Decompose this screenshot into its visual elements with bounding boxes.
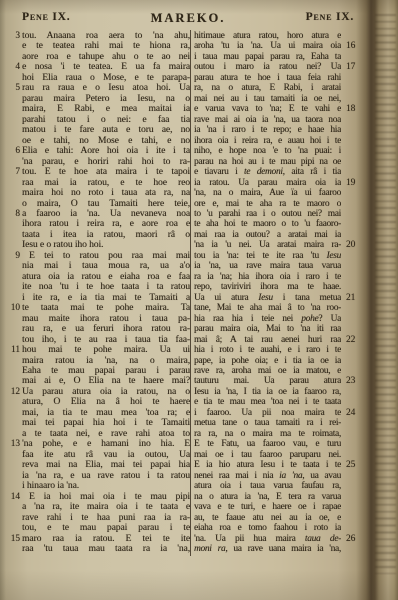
text-line: 'na parau, e horiri rahi hoi to ra- [22, 157, 190, 167]
text-line-content: maira hoi no roto i taua ata ra, na [22, 188, 190, 198]
text-line-content: ore e, mai te aha ra te maoro o [194, 199, 341, 209]
text-line: hoi Elia raua o Mose, e te parapa- [22, 73, 190, 83]
text-line: ite noa 'tu i te hoe taata i ta ratou [22, 282, 190, 292]
text-line: mai oe i tau faaroo paruparu nei. [194, 450, 341, 460]
text-line-content: i ite ra, e ia tia mai te Tamaiti a [22, 293, 190, 303]
text-line: e te teatea rahi mai te hiona ra, [22, 41, 190, 51]
text-segment: i tana metua [273, 293, 341, 303]
text-line-content: mai, ia tia te mau mea 'toa ra; e [22, 408, 190, 418]
text-line-content: mau maite ihora ratou i taua pa- [22, 314, 190, 324]
text-segment: 'na. Ua pii hua maira [194, 534, 305, 544]
text-line-content: 'na parau, e horiri rahi hoi to ra- [22, 157, 190, 167]
text-line: pape, ia pohe oia; e i tia ia oe ia [194, 356, 341, 366]
text-line-content: parau maira Petero ia Iesu, na o [22, 94, 190, 104]
text-line: 'na pohe, e e hamani ino hia. E13 [22, 439, 190, 449]
text-line: i hinaaro ia 'na. [22, 481, 190, 491]
verse-number: 8 [9, 209, 20, 220]
text-line-content: mai raa ia outou? a aratai mai ia [194, 230, 341, 240]
text-line-content: outou i maro ia ratou nei? Ua [194, 62, 341, 72]
text-line-content: E tei to ratou pou raa mai mai [22, 251, 190, 261]
text-line: te aha hoi te maoro o to 'u faaoro- [194, 219, 341, 229]
italic-text-segment: moni ra, [194, 544, 227, 554]
running-header: Pene IX. MAREKO. Pene IX. [22, 11, 354, 27]
text-line-content: au, te faaue atu nei au ia oe, e [194, 513, 341, 523]
text-line: ia 'na ra, e ua rave ratou i ta ratou [22, 471, 190, 481]
text-line-content: a 'na ra, ite maira oia i te taata e [22, 502, 190, 512]
text-line: E ia hoi mai oia i te mau pipi14 [22, 492, 190, 502]
text-line-content: e varua vava to 'na; E te vahi e [194, 104, 341, 114]
text-line: rau ra raua e o Iesu atoa hoi. Ua5 [22, 83, 190, 93]
text-line: ihora ratou i reira ra, e aore roa e [22, 219, 190, 229]
verse-number: 12 [9, 387, 20, 398]
text-line: tauturu mai. Ua parau atura23 [194, 376, 341, 386]
text-line-content: i taua mau papai parau ra, Eaha ta [194, 52, 341, 62]
text-line-content: ia 'na i raro i te repo; e haae hia [194, 125, 341, 135]
verse-number: 25 [346, 460, 355, 471]
text-line-content: metua tane o taua tamaiti ra i rei- [194, 418, 341, 428]
text-line-content: hoi Elia raua o Mose, e te parapa- [22, 73, 190, 83]
text-line: ra, na o atura, E Rabi, i aratai [194, 83, 341, 93]
text-line-content: taata i itea ia ratou, maori râ o [22, 230, 190, 240]
verse-number: 11 [9, 345, 20, 356]
verse-number: 9 [9, 251, 20, 262]
text-segment: , ua avau [302, 471, 341, 481]
verse-number: 22 [346, 335, 355, 346]
text-line: Iesu ia 'na, I tia ia oe ia faaroo ra, [194, 387, 341, 397]
text-line-content: hia i roto i te auahi, e i raro i te [194, 345, 341, 355]
text-line: e varua vava to 'na; E te vahi e18 [194, 104, 341, 114]
italic-text-segment: pohe [301, 314, 318, 324]
text-line: Ua ui atura Iesu i tana metua21 [194, 293, 341, 303]
verse-number: 26 [346, 534, 355, 545]
text-line-content: ite noa 'tu i te hoe taata i ta ratou [22, 282, 190, 292]
text-line: parahi tatou i o nei: e faa tia [22, 115, 190, 125]
text-line-content: rau ra, e ua feruri ihora ratou ra- [22, 324, 190, 334]
text-line: tou. E te hoe ata maira i te tapoi7 [22, 167, 190, 177]
text-line-content: tou. E te hoe ata maira i te tapoi [22, 167, 190, 177]
text-line-content: na o atura ia 'na, E tera ra varua [194, 492, 341, 502]
text-line-content: hou mai te pohe maira. Ua ui [22, 345, 190, 355]
text-line-content: ra ra, na o maira ma te roimata, [194, 429, 341, 439]
text-line: reva mai na Elia, mai tei papai hia [22, 460, 190, 470]
text-line: tou. Anaana roa aera to 'na ahu,3 [22, 31, 190, 41]
text-line: tou iho, i te au raa i taua tia faa- [22, 335, 190, 345]
italic-text-segment: te demoni, [244, 167, 285, 177]
text-line: rave ra, aroha mai oe ia matou, e [194, 366, 341, 376]
text-line-content: reva mai na Elia, mai tei papai hia [22, 460, 190, 470]
verse-number: 18 [346, 104, 355, 115]
text-line-content: tane, Mai te aha mai â to 'na roo- [194, 303, 341, 313]
scanned-book-page: Pene IX. MAREKO. Pene IX. tou. Anaana ro… [0, 0, 398, 600]
text-line: i ite ra, e ia tia mai te Tamaiti a [22, 293, 190, 303]
text-line: matou i te fare auta e toru ae, no [22, 125, 190, 135]
text-line-content: vava e te turi, e haere oe i rapae [194, 502, 341, 512]
text-line: parau na hoi au i te mau pipi na oe [194, 157, 341, 167]
text-line: ihora oia i reira ra, e auau hoi i te [194, 136, 341, 146]
text-line-content: 'na. Ua pii hua maira taua de- [194, 534, 341, 544]
text-line-content: atura, O Elia na â hoi te haere [22, 397, 190, 407]
text-line-content: tou. Anaana roa aera to 'na ahu, [22, 31, 190, 41]
text-line: o maira, O tau Tamaiti here teie, [22, 199, 190, 209]
verse-number: 3 [9, 31, 20, 42]
text-line: maira ratou ia 'na, na o maira, [22, 356, 190, 366]
text-column-right: hitimaue atura ratou, horo atura earoha … [194, 31, 341, 554]
text-line: taata i itea ia ratou, maori râ o [22, 230, 190, 240]
text-line-content: E te Fatu, ua faaroo vau, e turu [194, 439, 341, 449]
verse-number: 17 [346, 62, 355, 73]
text-segment: tou ia 'na: tei te ite raa 'tu [194, 251, 327, 261]
text-line-content: rave mai ai oia ia 'na, ua taora noa [194, 115, 341, 125]
text-line: mai â; A tai rau aenei huri raa22 [194, 335, 341, 345]
text-segment: ua rave uana maira ia 'na, [227, 544, 341, 554]
text-line-content: atura oia i taua varua faufau ra, [194, 481, 341, 491]
text-line-content: to 'u parahi raa i o outou nei? mai [194, 209, 341, 219]
text-line-content: ia 'na, ua rave maira taua varua [194, 261, 341, 271]
text-line: Elia e tahi: Aore hoi oia i ite i ta6 [22, 146, 190, 156]
text-line-content: aroha 'tu ia 'na. Ua ui maira oia [194, 41, 341, 51]
header-book-title: MAREKO. [22, 11, 354, 26]
verse-number: 24 [346, 408, 355, 419]
text-line-content: 'na ia 'u nei. Ua aratai maira ra- [194, 240, 341, 250]
text-line-content: repo, taviriviri ihora ma te haae. [194, 282, 341, 292]
text-line-content: Ua ui atura Iesu i tana metua [194, 293, 341, 303]
text-line-content: atura oia ia ratou e eiaha roa e faa [22, 272, 190, 282]
verse-number: 21 [346, 293, 355, 304]
text-line-content: pape, ia pohe oia; e i tia ia oe ia [194, 356, 341, 366]
text-line-content: Elia e tahi: Aore hoi oia i ite i ta [22, 146, 190, 156]
text-line-content: tou, e te mau papai parau i te [22, 523, 190, 533]
verse-number: 5 [9, 83, 20, 94]
text-line: vava e te turi, e haere oe i rapae [194, 502, 341, 512]
text-line: i taua mau papai parau ra, Eaha ta [194, 52, 341, 62]
column-divider-rule [190, 30, 191, 556]
text-line: moni ra, ua rave uana maira ia 'na, [194, 544, 341, 554]
text-line-content: ia ratou. Ua parau maira oia ia [194, 178, 341, 188]
text-line-content: hia raa hia i teie nei pohe? Ua [194, 314, 341, 324]
text-line: maro raa ia ratou. E tei te ite15 [22, 534, 190, 544]
text-line: te taata mai te pohe maira. Ta10 [22, 303, 190, 313]
text-line-content: a te taata nei, e rave rahi atoa to [22, 429, 190, 439]
text-line: tou ia 'na: tei te ite raa 'tu Iesu [194, 251, 341, 261]
text-line-content: raa 'tu taua mau taata ra ia 'na, [22, 544, 190, 554]
text-line-content: hitimaue atura ratou, horo atura e [194, 31, 341, 41]
text-line-content: te taata mai te pohe maira. Ta [22, 303, 190, 313]
text-line: nenei raa mai i nia ia 'na, ua avau [194, 471, 341, 481]
text-line-content: Iesu ia 'na, I tia ia oe ia faaroo ra, [194, 387, 341, 397]
text-line-content: parau na hoi au i te mau pipi na oe [194, 157, 341, 167]
text-line: na o atura ia 'na, E tera ra varua [194, 492, 341, 502]
text-line: a faaroo ia 'na. Ua nevaneva noa8 [22, 209, 190, 219]
text-line: metua tane o taua tamaiti ra i rei- [194, 418, 341, 428]
italic-text-segment: ia 'na [279, 471, 302, 481]
text-line: e tia te mau mea 'toa nei i te taata [194, 397, 341, 407]
text-line: outou i maro ia ratou nei? Ua17 [194, 62, 341, 72]
verse-number: 16 [346, 41, 355, 52]
text-line-content: rave ra, aroha mai oe ia matou, e [194, 366, 341, 376]
text-line-content: eiaha roa e tomo faahou i roto ia [194, 523, 341, 533]
text-line-content: oe e tahi, no Mose e tahi, e no [22, 136, 190, 146]
text-line: rave mai ai oia ia 'na, ua taora noa [194, 115, 341, 125]
text-line: E ia hio atura Iesu i te taata i te25 [194, 460, 341, 470]
text-line-content: maira ratou ia 'na, na o maira, [22, 356, 190, 366]
verse-number: 19 [346, 178, 355, 189]
text-line-content: tou ia 'na: tei te ite raa 'tu Iesu [194, 251, 341, 261]
text-line-content: matou i te fare auta e toru ae, no [22, 125, 190, 135]
text-line-content: 'na pohe, e e hamani ino hia. E [22, 439, 190, 449]
text-line: maira, E Rabi, e mea maitai ia [22, 104, 190, 114]
text-line: mai nei au i tau tamaiti ia oe nei, [194, 94, 341, 104]
text-line-content: parahi tatou i o nei: e faa tia [22, 115, 190, 125]
text-line-content: Iesu e o ratou iho hoi. [22, 240, 190, 250]
adjacent-page-text-bleed [375, 14, 396, 574]
text-segment: aita râ i tia [285, 167, 341, 177]
verse-number: 23 [346, 376, 355, 387]
text-segment: e tiavaru i [194, 167, 244, 177]
text-line-content: e te teatea rahi mai te hiona ra, [22, 41, 190, 51]
text-line-content: te aha hoi te maoro o to 'u faaoro- [194, 219, 341, 229]
text-line-content: tou iho, i te au raa i taua tia faa- [22, 335, 190, 345]
text-line-content: nia mai i taua moua ra, ua a'o [22, 261, 190, 271]
text-line-content: ra ia 'na; hia ihora oia i raro i te [194, 272, 341, 282]
text-line: ia 'na, ua rave maira taua varua [194, 261, 341, 271]
text-line: hia i roto i te auahi, e i raro i te [194, 345, 341, 355]
text-line: Eaha te mau papai parau i parau [22, 366, 190, 376]
text-line: i faaroo. Ua pii noa maira te24 [194, 408, 341, 418]
text-line-content: niho, e hope noa 'e to 'na puai: i [194, 146, 341, 156]
text-line: ia 'na i raro i te repo; e haae hia [194, 125, 341, 135]
text-line-content: faa ite atu râ vau ia outou, Ua [22, 450, 190, 460]
verse-number: 10 [9, 303, 20, 314]
text-line-content: mai â; A tai rau aenei huri raa [194, 335, 341, 345]
verse-number: 20 [346, 240, 355, 251]
text-line-content: moni ra, ua rave uana maira ia 'na, [194, 544, 341, 554]
text-line-content: ihora ratou i reira ra, e aore roa e [22, 219, 190, 229]
text-line: e tiavaru i te demoni, aita râ i tia [194, 167, 341, 177]
text-line-content: ra, na o atura, E Rabi, i aratai [194, 83, 341, 93]
text-line-content: i hinaaro ia 'na. [22, 481, 190, 491]
text-line: mau maite ihora ratou i taua pa- [22, 314, 190, 324]
text-line: ore e, mai te aha ra te maoro o [194, 199, 341, 209]
text-line-content: tauturu mai. Ua parau atura [194, 376, 341, 386]
text-line: aroha 'tu ia 'na. Ua ui maira oia16 [194, 41, 341, 51]
text-line: 'na. Ua pii hua maira taua de-26 [194, 534, 341, 544]
text-line-content: parau atura te hoe i taua feia rahi [194, 73, 341, 83]
italic-text-segment: taua de- [305, 534, 341, 544]
text-segment: ? Ua [318, 314, 341, 324]
text-line-content: maira, E Rabi, e mea maitai ia [22, 104, 190, 114]
text-line-content: mai tei papai hia hoi i te Tamaiti [22, 418, 190, 428]
text-line: E tei to ratou pou raa mai mai9 [22, 251, 190, 261]
text-line-content: mai oe i tau faaroo paruparu nei. [194, 450, 341, 460]
text-line-content: mai nei au i tau tamaiti ia oe nei, [194, 94, 341, 104]
text-line: parau maira oia, Mai to 'na iti raa [194, 324, 341, 334]
text-line: parau atura te hoe i taua feia rahi [194, 73, 341, 83]
text-line: aore roa e tahupe ahu o te ao nei [22, 52, 190, 62]
text-line-content: Eaha te mau papai parau i parau [22, 366, 190, 376]
text-segment: nenei raa mai i nia [194, 471, 279, 481]
text-line: parau maira Petero ia Iesu, na o [22, 94, 190, 104]
verse-number: 7 [9, 167, 20, 178]
text-line: au, te faaue atu nei au ia oe, e [194, 513, 341, 523]
text-line: ia ratou. Ua parau maira oia ia19 [194, 178, 341, 188]
verse-number: 6 [9, 146, 20, 157]
text-line-content: e nosa 'i te teatea. E ua fa maira [22, 62, 190, 72]
text-line: raa 'tu taua mau taata ra ia 'na, [22, 544, 190, 554]
verse-number: 15 [9, 534, 20, 545]
text-line: ra ra, na o maira ma te roimata, [194, 429, 341, 439]
text-line: mai raa ia outou? a aratai mai ia [194, 230, 341, 240]
text-line: a te taata nei, e rave rahi atoa to [22, 429, 190, 439]
text-segment: hia raa hia i teie nei [194, 314, 301, 324]
text-line-content: rave rahi i te haa puni raa ia ra- [22, 513, 190, 523]
text-line-content: E ia hio atura Iesu i te taata i te [194, 460, 341, 470]
text-line-content: i faaroo. Ua pii noa maira te [194, 408, 341, 418]
verse-number: 13 [9, 439, 20, 450]
text-segment: Ua ui atura [194, 293, 258, 303]
text-line-content: e tiavaru i te demoni, aita râ i tia [194, 167, 341, 177]
text-line-content: E ia hoi mai oia i te mau pipi [22, 492, 190, 502]
text-line: hia raa hia i teie nei pohe? Ua [194, 314, 341, 324]
text-line-content: ia 'na ra, e ua rave ratou i ta ratou [22, 471, 190, 481]
text-line: atura oia ia ratou e eiaha roa e faa [22, 272, 190, 282]
text-line: repo, taviriviri ihora ma te haae. [194, 282, 341, 292]
text-line: hitimaue atura ratou, horo atura e [194, 31, 341, 41]
verse-number: 14 [9, 492, 20, 503]
text-column-left: tou. Anaana roa aera to 'na ahu,3e te te… [22, 31, 190, 554]
text-line: tou, e te mau papai parau i te [22, 523, 190, 533]
text-line: a 'na ra, ite maira oia i te taata e [22, 502, 190, 512]
text-line-content: ihora oia i reira ra, e auau hoi i te [194, 136, 341, 146]
italic-text-segment: Iesu [258, 293, 273, 303]
text-line-content: rau ra raua e o Iesu atoa hoi. Ua [22, 83, 190, 93]
text-line: atura oia i taua varua faufau ra, [194, 481, 341, 491]
text-line-content: e tia te mau mea 'toa nei i te taata [194, 397, 341, 407]
text-line: eiaha roa e tomo faahou i roto ia [194, 523, 341, 533]
text-line-content: aore roa e tahupe ahu o te ao nei [22, 52, 190, 62]
text-line-content: a faaroo ia 'na. Ua nevaneva noa [22, 209, 190, 219]
text-line: mai tei papai hia hoi i te Tamaiti [22, 418, 190, 428]
text-line: Iesu e o ratou iho hoi. [22, 240, 190, 250]
text-line-content: Ua parau atura oia ia ratou, na o [22, 387, 190, 397]
verse-number: 4 [9, 62, 20, 73]
text-line-content: maro raa ia ratou. E tei te ite [22, 534, 190, 544]
text-line-content: mai ai e, O Elia na te haere mai? [22, 376, 190, 386]
text-line-content: parau maira oia, Mai to 'na iti raa [194, 324, 341, 334]
text-line-content: 'na, na o maira, Aue ïa ui faaroo [194, 188, 341, 198]
text-line: rave rahi i te haa puni raa ia ra- [22, 513, 190, 523]
text-line: rau ra, e ua feruri ihora ratou ra- [22, 324, 190, 334]
text-line: to 'u parahi raa i o outou nei? mai [194, 209, 341, 219]
text-line: raa mai ia ratou, e te hoe reo [22, 178, 190, 188]
text-line: oe e tahi, no Mose e tahi, e no [22, 136, 190, 146]
text-line: faa ite atu râ vau ia outou, Ua [22, 450, 190, 460]
text-line: maira hoi no roto i taua ata ra, na [22, 188, 190, 198]
text-line: e nosa 'i te teatea. E ua fa maira4 [22, 62, 190, 72]
text-line: 'na ia 'u nei. Ua aratai maira ra-20 [194, 240, 341, 250]
text-line: nia mai i taua moua ra, ua a'o [22, 261, 190, 271]
text-line-content: nenei raa mai i nia ia 'na, ua avau [194, 471, 341, 481]
text-line: ra ia 'na; hia ihora oia i raro i te [194, 272, 341, 282]
text-line: niho, e hope noa 'e to 'na puai: i [194, 146, 341, 156]
text-line: tane, Mai te aha mai â to 'na roo- [194, 303, 341, 313]
text-line: mai, ia tia te mau mea 'toa ra; e [22, 408, 190, 418]
text-line: 'na, na o maira, Aue ïa ui faaroo [194, 188, 341, 198]
text-line: mai ai e, O Elia na te haere mai? [22, 376, 190, 386]
text-line: atura, O Elia na â hoi te haere [22, 397, 190, 407]
text-line: hou mai te pohe maira. Ua ui11 [22, 345, 190, 355]
text-line-content: o maira, O tau Tamaiti here teie, [22, 199, 190, 209]
italic-text-segment: Iesu [327, 251, 342, 261]
text-line-content: raa mai ia ratou, e te hoe reo [22, 178, 190, 188]
text-line: E te Fatu, ua faaroo vau, e turu [194, 439, 341, 449]
text-line: Ua parau atura oia ia ratou, na o12 [22, 387, 190, 397]
